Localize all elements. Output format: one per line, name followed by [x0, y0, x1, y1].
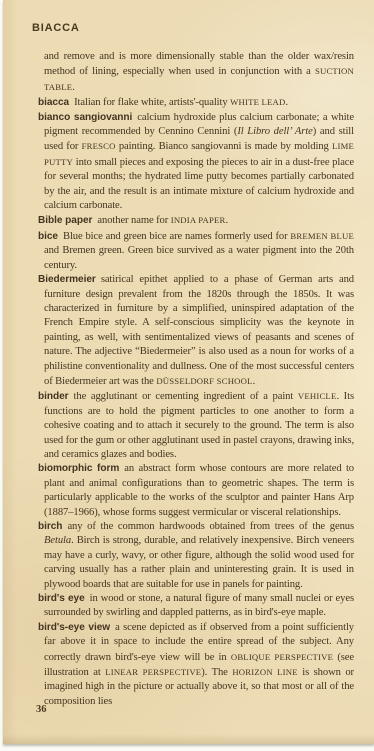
entries-list: biaccaItalian for flake white, artists'-…	[38, 95, 354, 709]
italic-text: Il Libro dell’ Arte	[237, 126, 312, 137]
text-block: and remove and is more dimensionally sta…	[38, 50, 354, 709]
body-text: in wood or stone, a natural figure of ma…	[44, 593, 354, 618]
entry: biceBlue bice and green bice are names f…	[38, 229, 354, 273]
dictionary-page: BIACCA and remove and is more dimensiona…	[3, 0, 374, 744]
entry: biomorphic forman abstract form whose co…	[38, 462, 354, 520]
cross-reference: VEHICLE	[298, 391, 337, 401]
cross-reference: LINEAR PERSPECTIVE	[105, 667, 201, 677]
body-text: any of the common hardwoods obtained fro…	[67, 521, 354, 532]
entry-term: bird's-eye view	[38, 622, 115, 633]
cross-reference: BREMEN BLUE	[290, 231, 354, 241]
continuation-paragraph: and remove and is more dimensionally sta…	[38, 50, 354, 95]
entry: bird's-eye viewa scene depicted as if ob…	[38, 621, 354, 709]
scanned-book-page: BIACCA and remove and is more dimensiona…	[0, 0, 374, 751]
running-head: BIACCA	[32, 22, 80, 34]
body-text: Italian for flake white, artists'-qualit…	[74, 97, 230, 108]
cross-reference: INDIA PAPER	[171, 215, 226, 225]
italic-text: Betula	[44, 535, 71, 546]
entry: bird's eyein wood or stone, a natural fi…	[38, 592, 354, 621]
entry-term: biacca	[38, 97, 74, 108]
entry: Bible paperanother name for INDIA PAPER.	[38, 213, 354, 228]
page-number: 36	[36, 704, 47, 715]
entry-term: bird's eye	[38, 593, 90, 604]
body-text: another name for	[97, 215, 170, 226]
entry-term: birch	[38, 521, 67, 532]
entry-term: bice	[38, 231, 63, 242]
body-text: Blue bice and green bice are names forme…	[63, 231, 290, 242]
entry: biaccaItalian for flake white, artists'-…	[38, 95, 354, 110]
entry: Biedermeiersatirical epithet applied to …	[38, 273, 354, 389]
entry: birchany of the common hardwoods obtaine…	[38, 520, 354, 592]
entry-term: binder	[38, 391, 74, 402]
cross-reference: WHITE LEAD	[230, 97, 285, 107]
entry-term: biomorphic form	[38, 463, 124, 474]
body-text: .	[225, 215, 228, 226]
cross-reference: DÜSSELDORF SCHOOL	[156, 376, 252, 386]
body-text: ). The	[201, 667, 232, 678]
body-text: the agglutinant or cementing ingredient …	[74, 391, 298, 402]
cross-reference: OBLIQUE PERSPECTIVE	[231, 652, 333, 662]
body-text: satirical epithet applied to a phase of …	[44, 274, 354, 387]
body-text: and Bremen green. Green bice survived as…	[44, 245, 354, 270]
body-text: .	[72, 82, 75, 93]
entry-term: bianco sangiovanni	[38, 112, 137, 123]
body-text: painting. Bianco sangiovanni is made by …	[116, 141, 332, 152]
body-text: .	[253, 376, 256, 387]
entry-term: Bible paper	[38, 215, 97, 226]
cross-reference: HORIZON LINE	[232, 667, 297, 677]
body-text: and remove and is more dimensionally sta…	[44, 51, 354, 77]
body-text: . Birch is strong, durable, and relative…	[44, 535, 354, 589]
entry: binderthe agglutinant or cementing ingre…	[38, 389, 354, 462]
entry-term: Biedermeier	[38, 274, 101, 285]
body-text: into small pieces and exposing the piece…	[44, 157, 354, 211]
body-text: .	[285, 97, 288, 108]
entry: bianco sangiovannicalcium hydroxide plus…	[38, 111, 354, 214]
cross-reference: FRESCO	[82, 141, 116, 151]
